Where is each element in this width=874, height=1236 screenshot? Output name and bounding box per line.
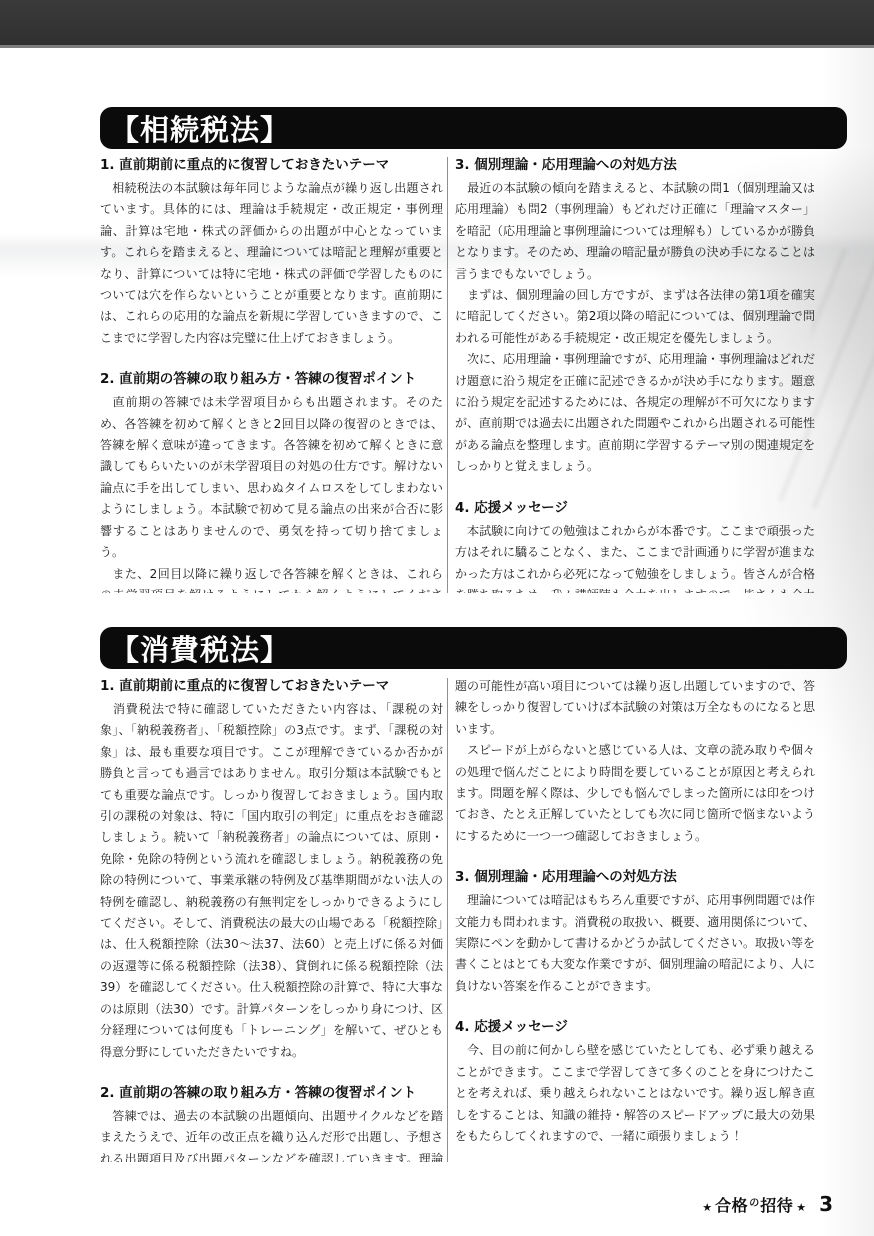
block-heading: 1. 直前期前に重点的に復習しておきたいテーマ [100,676,443,696]
paragraph: 次に、応用理論・事例理論ですが、応用理論・事例理論はどれだけ題意に沿う規定を正確… [455,349,815,477]
article-block: 4. 応援メッセージ 今、目の前に何かしら壁を感じていたとしても、必ず乗り越える… [455,1017,815,1147]
block-heading: 1. 直前期前に重点的に復習しておきたいテーマ [100,155,443,175]
article-block: 3. 個別理論・応用理論への対処方法 最近の本試験の傾向を踏まえると、本試験の問… [455,155,815,478]
paragraph: 相続税法の本試験は毎年同じような論点が繰り返し出題されています。具体的には、理論… [100,178,443,349]
section-columns-consumption-tax: 1. 直前期前に重点的に復習しておきたいテーマ 消費税法で特に確認していただきた… [100,676,816,1162]
column-divider [447,157,448,593]
footer-brand-rest: 招待 [760,1193,793,1216]
block-heading: 4. 応援メッセージ [455,1017,815,1037]
block-heading: 2. 直前期の答練の取り組み方・答練の復習ポイント [100,369,443,389]
star-icon: ★ [702,1201,712,1214]
article-block: 2. 直前期の答練の取り組み方・答練の復習ポイント 直前期の答練では未学習項目か… [100,369,443,593]
section-banner-consumption-tax: 【消費税法】 [100,627,847,669]
article-block-continuation: 題の可能性が高い項目については繰り返し出題していますので、答練をしっかり復習して… [455,676,815,847]
article-block: 2. 直前期の答練の取り組み方・答練の復習ポイント 答練では、過去の本試験の出題… [100,1083,443,1162]
block-heading: 2. 直前期の答練の取り組み方・答練の復習ポイント [100,1083,443,1103]
footer-brand-main: 合格 [715,1193,748,1216]
section-title: 【消費税法】 [110,628,290,669]
block-heading: 4. 応援メッセージ [455,498,815,518]
left-column: 1. 直前期前に重点的に復習しておきたいテーマ 相続税法の本試験は毎年同じような… [100,155,443,593]
paragraph: 最近の本試験の傾向を踏まえると、本試験の問1（個別理論又は応用理論）も問2（事例… [455,178,815,285]
footer-brand-small: の [749,1194,759,1209]
paragraph: 答練では、過去の本試験の出題傾向、出題サイクルなどを踏まえたうえで、近年の改正点… [100,1106,443,1162]
paragraph: 消費税法で特に確認していただきたい内容は、「課税の対象」、「納税義務者」、「税額… [100,699,443,1063]
section-columns-inheritance-tax: 1. 直前期前に重点的に復習しておきたいテーマ 相続税法の本試験は毎年同じような… [100,155,816,593]
page-footer: ★ 合格 の 招待 ★ 3 [699,1192,833,1216]
section-banner-inheritance-tax: 【相続税法】 [100,107,847,149]
block-heading: 3. 個別理論・応用理論への対処方法 [455,867,815,887]
column-divider [447,678,448,1162]
right-column: 3. 個別理論・応用理論への対処方法 最近の本試験の傾向を踏まえると、本試験の問… [455,155,815,593]
left-column: 1. 直前期前に重点的に復習しておきたいテーマ 消費税法で特に確認していただきた… [100,676,443,1162]
star-icon: ★ [796,1201,806,1214]
paragraph: 本試験に向けての勉強はこれからが本番です。ここまで頑張った方はそれに驕ることなく… [455,521,815,593]
article-block: 1. 直前期前に重点的に復習しておきたいテーマ 消費税法で特に確認していただきた… [100,676,443,1063]
magazine-page: 【相続税法】 1. 直前期前に重点的に復習しておきたいテーマ 相続税法の本試験は… [0,0,874,1236]
paragraph: また、2回目以降に繰り返しで各答練を解くときは、これらの未学習項目を解けるように… [100,564,443,594]
page-top-bar [0,0,874,48]
right-column: 題の可能性が高い項目については繰り返し出題していますので、答練をしっかり復習して… [455,676,815,1162]
article-block: 3. 個別理論・応用理論への対処方法 理論については暗記はもちろん重要ですが、応… [455,867,815,997]
section-title: 【相続税法】 [110,108,290,149]
paragraph: 題の可能性が高い項目については繰り返し出題していますので、答練をしっかり復習して… [455,676,815,740]
article-block: 4. 応援メッセージ 本試験に向けての勉強はこれからが本番です。ここまで頑張った… [455,498,815,593]
paragraph: まずは、個別理論の回し方ですが、まずは各法律の第1項を確実に暗記してください。第… [455,285,815,349]
paragraph: 直前期の答練では未学習項目からも出題されます。そのため、各答練を初めて解くときと… [100,392,443,563]
paragraph: 理論については暗記はもちろん重要ですが、応用事例問題では作文能力も問われます。消… [455,890,815,997]
page-number: 3 [819,1192,833,1216]
paragraph: スピードが上がらないと感じている人は、文章の読み取りや個々の処理で悩んだことによ… [455,740,815,847]
paragraph: 今、目の前に何かしら壁を感じていたとしても、必ず乗り越えることができます。ここま… [455,1040,815,1147]
article-block: 1. 直前期前に重点的に復習しておきたいテーマ 相続税法の本試験は毎年同じような… [100,155,443,349]
block-heading: 3. 個別理論・応用理論への対処方法 [455,155,815,175]
